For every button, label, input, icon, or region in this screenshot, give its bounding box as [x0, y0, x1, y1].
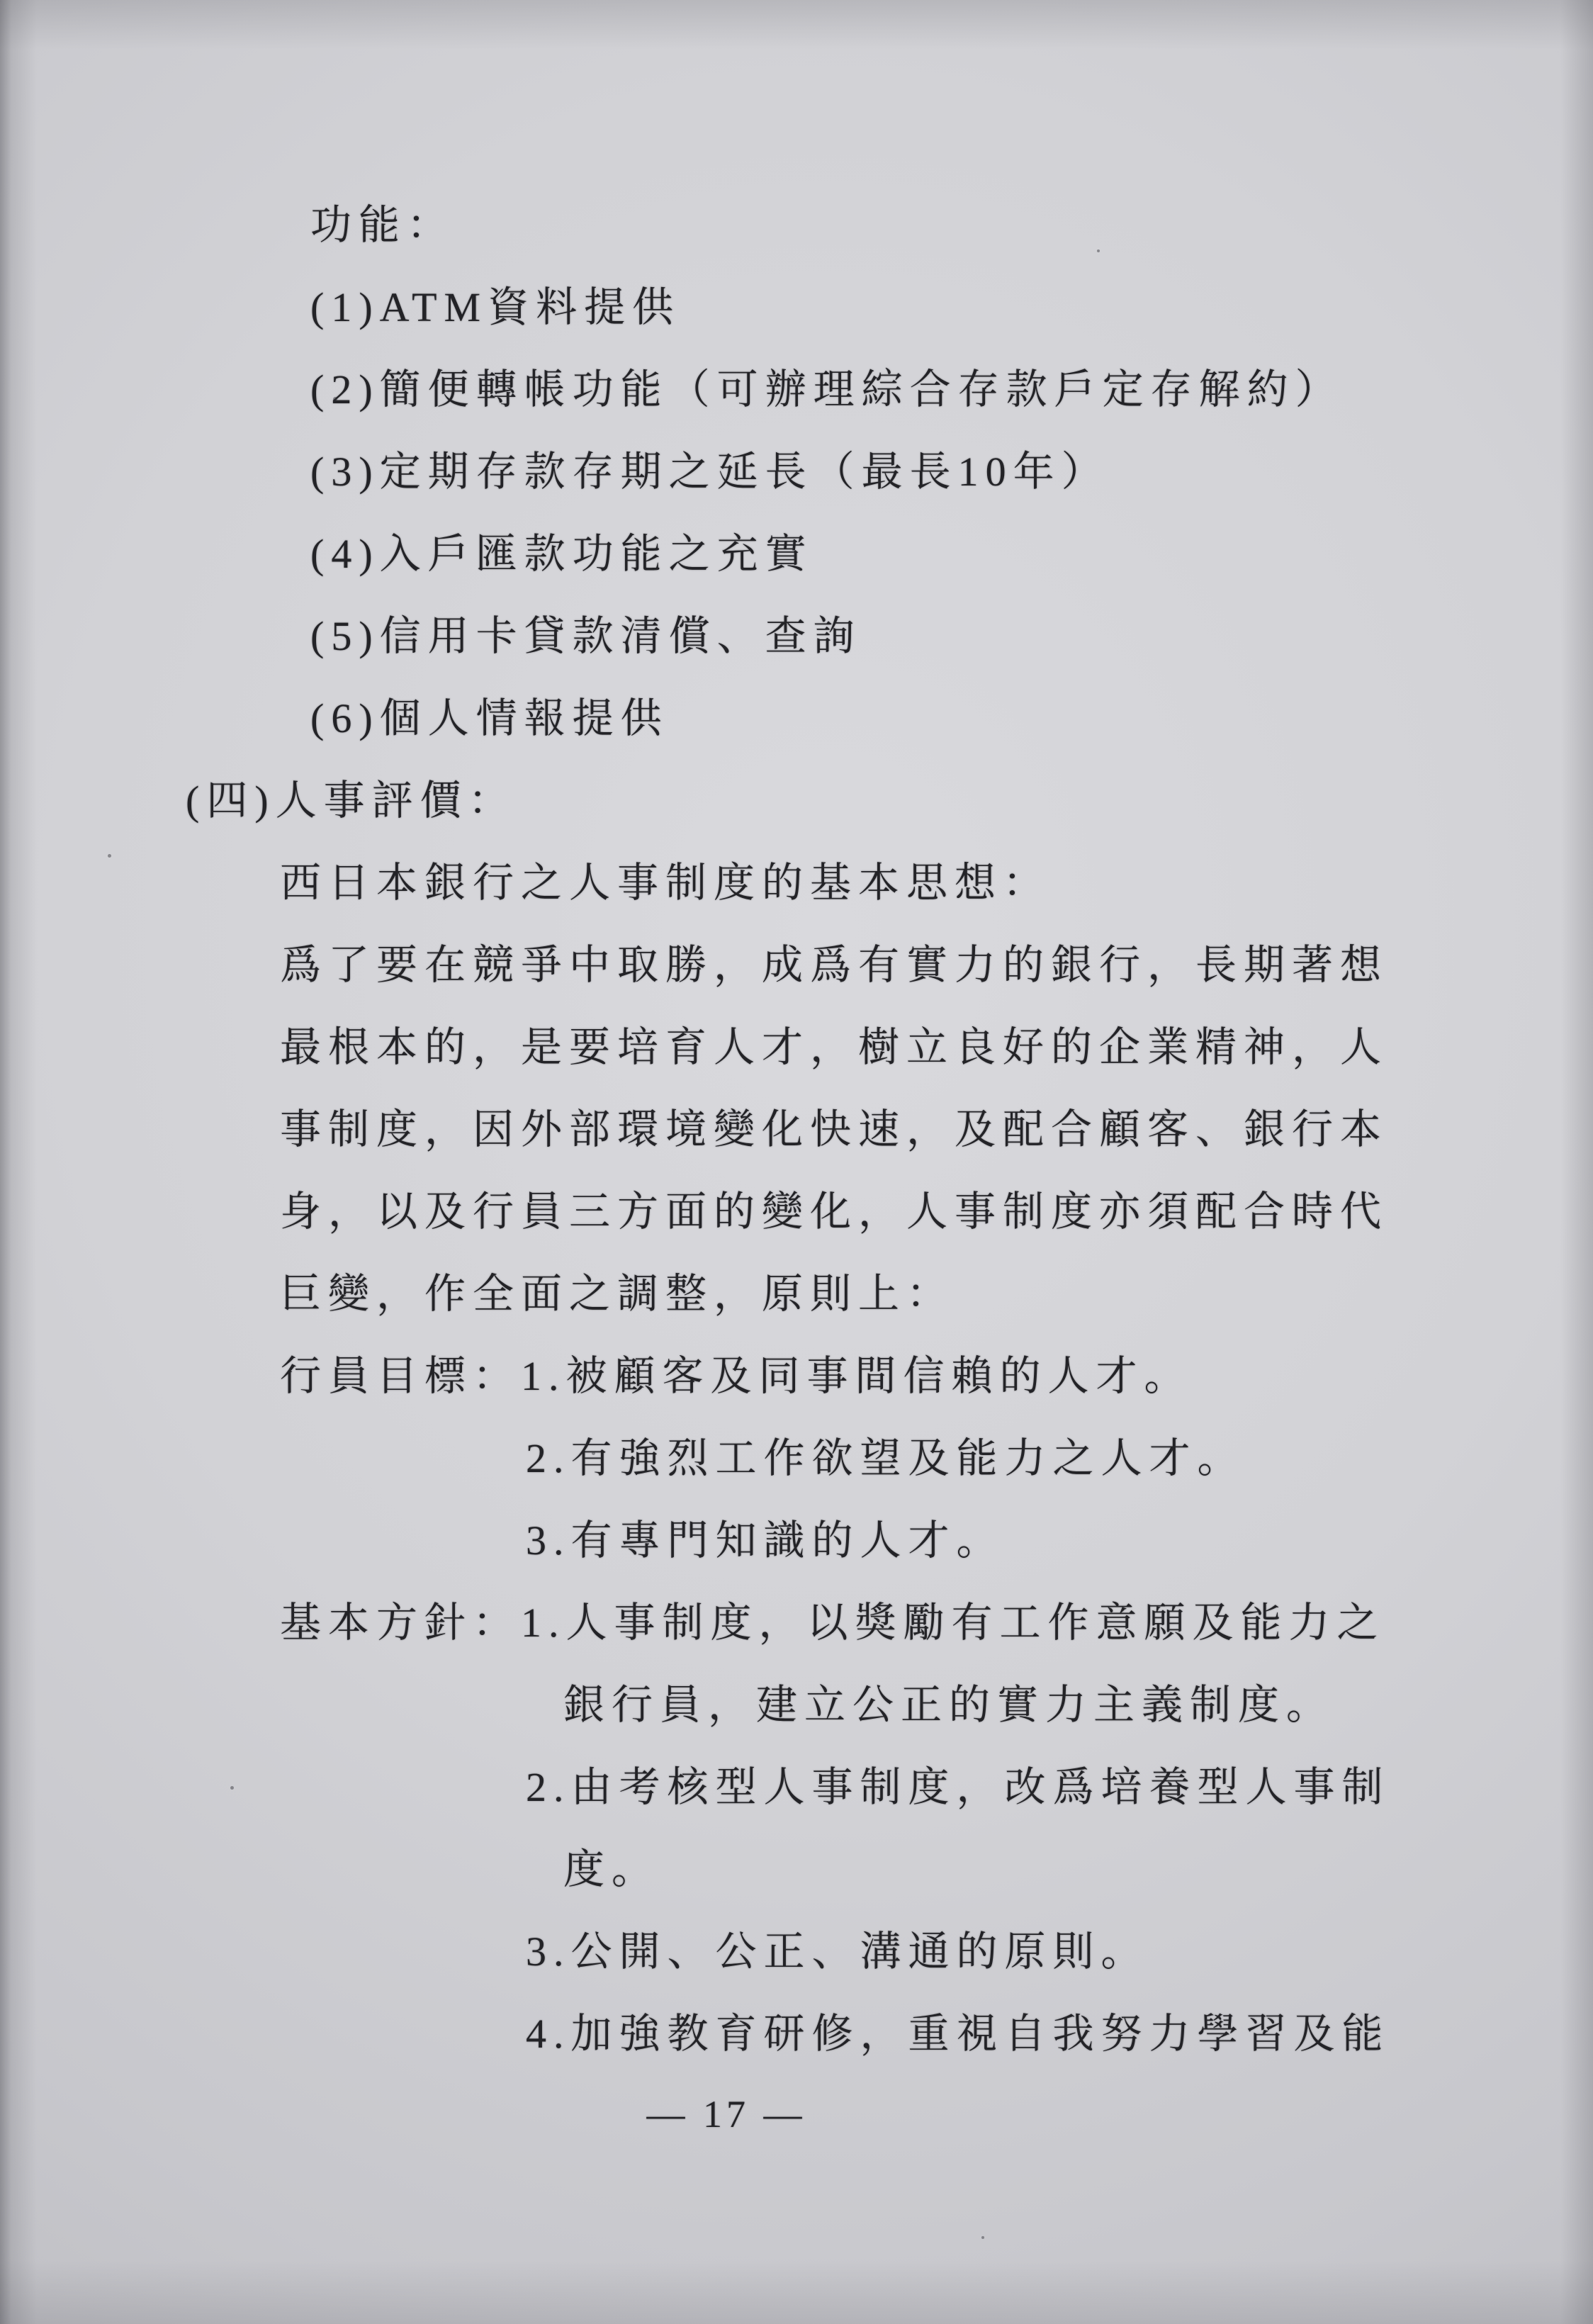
- paper-speck: [333, 397, 337, 401]
- text-line: 3.公開、公正、溝通的原則。: [526, 1931, 1149, 1972]
- text-line: 4.加強教育研修，重視自我努力學習及能: [526, 2014, 1390, 2055]
- text-line: 爲了要在競爭中取勝，成爲有實力的銀行，長期著想: [280, 945, 1388, 986]
- text-line: 西日本銀行之人事制度的基本思想：: [280, 863, 1051, 904]
- text-line: 事制度，因外部環境變化快速，及配合顧客、銀行本: [280, 1109, 1388, 1150]
- paper-speck: [592, 1452, 595, 1455]
- text-line: 身，以及行員三方面的變化，人事制度亦須配合時代: [280, 1191, 1388, 1233]
- page-number: — 17 —: [0, 2092, 1593, 2136]
- text-line: 2.由考核型人事制度，改爲培養型人事制: [526, 1767, 1390, 1808]
- text-line: 度。: [563, 1849, 660, 1890]
- text-line: 3.有專門知識的人才。: [526, 1520, 1005, 1561]
- text-line: 巨變，作全面之調整，原則上：: [280, 1274, 955, 1315]
- text-line: (6)個人情報提供: [310, 698, 669, 739]
- text-line: 銀行員，建立公正的實力主義制度。: [563, 1685, 1334, 1726]
- text-line: (5)信用卡貸款清償、查詢: [310, 616, 862, 657]
- text-line: 2.有強烈工作欲望及能力之人才。: [526, 1438, 1246, 1479]
- paper-speck: [108, 854, 111, 858]
- text-line: 行員目標：1.被顧客及同事間信賴的人才。: [280, 1356, 1193, 1397]
- text-line: (4)入戶匯款功能之充實: [310, 534, 814, 575]
- text-line: (3)定期存款存期之延長（最長10年）: [310, 451, 1110, 493]
- text-line: 基本方針：1.人事制度，以獎勵有工作意願及能力之: [280, 1602, 1385, 1644]
- paper-speck: [1097, 249, 1100, 252]
- text-line: 功能：: [310, 205, 455, 246]
- paper-speck: [981, 2236, 984, 2239]
- section-heading: (四)人事評價：: [186, 780, 517, 821]
- text-line: (1)ATM資料提供: [310, 287, 680, 328]
- scanned-document-page: 功能： (1)ATM資料提供 (2)簡便轉帳功能（可辦理綜合存款戶定存解約） (…: [0, 0, 1593, 2324]
- text-line: 最根本的，是要培育人才，樹立良好的企業精神，人: [280, 1027, 1388, 1068]
- paper-speck: [230, 1786, 234, 1790]
- text-line: (2)簡便轉帳功能（可辦理綜合存款戶定存解約）: [310, 369, 1344, 410]
